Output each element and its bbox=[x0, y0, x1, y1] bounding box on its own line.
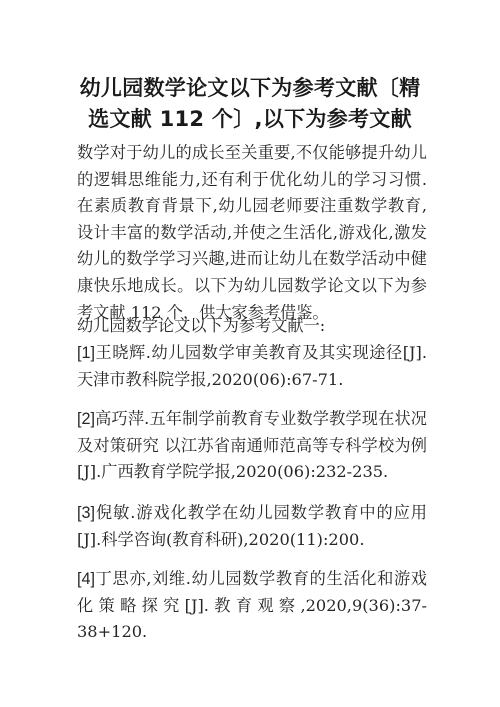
reference-number: [4] bbox=[77, 570, 95, 588]
reference-number: [3] bbox=[77, 504, 95, 522]
reference-item: [3]倪敏.游戏化教学在幼儿园数学教育中的应用[J].科学咨询(教育科研),20… bbox=[77, 500, 427, 553]
reference-item: [2]高巧萍.五年制学前教育专业数学教学现在状况及对策研究 以江苏省南通师范高等… bbox=[77, 406, 427, 486]
reference-text: 丁思亦,刘维.幼儿园数学教育的生活化和游戏化策略探究[J].教育观察,2020,… bbox=[77, 569, 427, 641]
reference-item: [4]丁思亦,刘维.幼儿园数学教育的生活化和游戏化策略探究[J].教育观察,20… bbox=[77, 566, 427, 646]
reference-text: 倪敏.游戏化教学在幼儿园数学教育中的应用[J].科学咨询(教育科研),2020(… bbox=[77, 503, 427, 549]
intro-paragraph: 数学对于幼儿的成长至关重要,不仅能够提升幼儿的逻辑思维能力,还有利于优化幼儿的学… bbox=[77, 140, 427, 326]
reference-item: [1]王晓辉.幼儿园数学审美教育及其实现途径[J].天津市教科院学报,2020(… bbox=[77, 340, 427, 393]
reference-text: 高巧萍.五年制学前教育专业数学教学现在状况及对策研究 以江苏省南通师范高等专科学… bbox=[77, 409, 427, 481]
reference-number: [2] bbox=[77, 410, 95, 428]
document-page: 幼儿园数学论文以下为参考文献〔精选文献 112 个〕,以下为参考文献 数学对于幼… bbox=[0, 0, 500, 707]
reference-text: 王晓辉.幼儿园数学审美教育及其实现途径[J].天津市教科院学报,2020(06)… bbox=[77, 343, 427, 389]
document-title: 幼儿园数学论文以下为参考文献〔精选文献 112 个〕,以下为参考文献 bbox=[70, 73, 430, 135]
reference-number: [1] bbox=[77, 344, 95, 362]
section-label: 幼儿园数学论文以下为参考文献一: bbox=[77, 313, 427, 340]
